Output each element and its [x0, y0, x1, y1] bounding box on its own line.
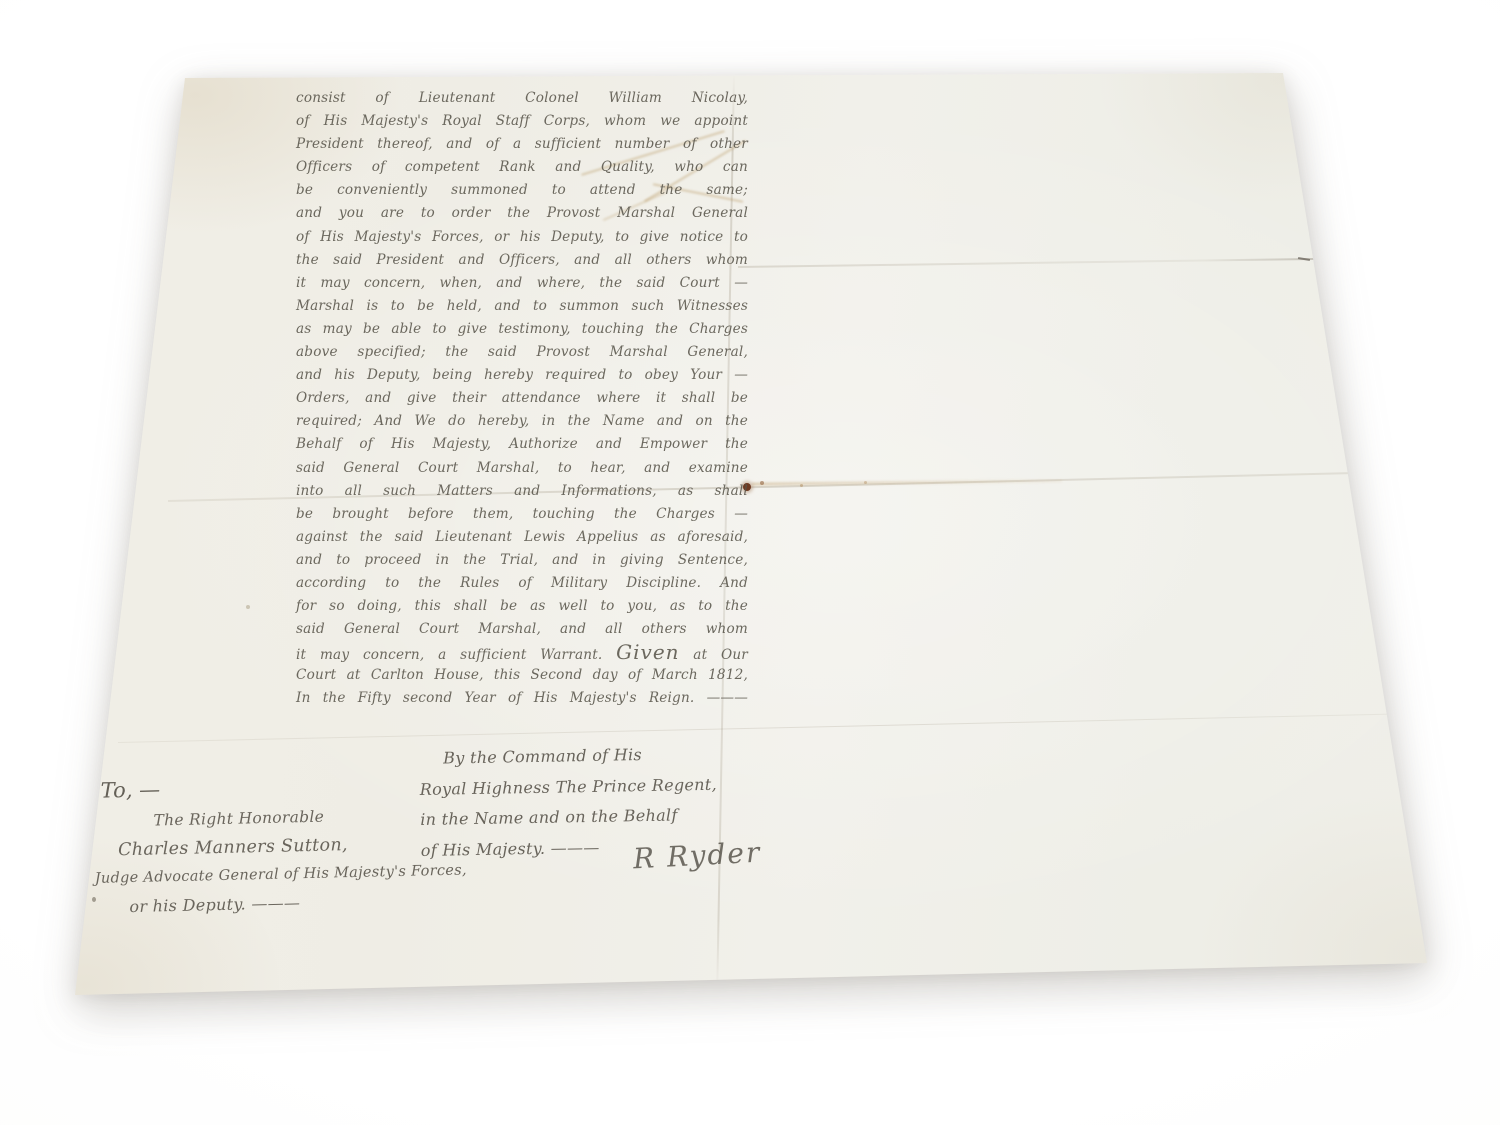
manuscript-line: President thereof, and of a sufficient n…	[296, 133, 748, 156]
foxing-spot	[864, 481, 867, 484]
manuscript-line: it may concern, a sufficient Warrant. Gi…	[296, 641, 748, 664]
manuscript-line: of His Majesty's Royal Staff Corps, whom…	[296, 110, 748, 133]
horizontal-crease-lower	[118, 713, 1414, 743]
manuscript-line: of His Majesty's Forces, or his Deputy, …	[296, 226, 748, 249]
manuscript-line: and to proceed in the Trial, and in givi…	[296, 549, 748, 572]
foxing-spot	[800, 484, 803, 487]
manuscript-line: be conveniently summoned to attend the s…	[296, 179, 748, 202]
manuscript-line: Court at Carlton House, this Second day …	[296, 664, 748, 687]
manuscript-line: be brought before them, touching the Cha…	[296, 503, 748, 526]
address-lines: The Right HonorableCharles Manners Sutto…	[91, 796, 613, 922]
photograph-background: consist of Lieutenant Colonel William Ni…	[0, 0, 1500, 1125]
manuscript-line: and his Deputy, being hereby required to…	[296, 364, 748, 387]
manuscript-sheet: consist of Lieutenant Colonel William Ni…	[0, 0, 1500, 1125]
emphasized-word: Given	[616, 640, 679, 664]
manuscript-line: said General Court Marshal, to hear, and…	[296, 457, 748, 480]
manuscript-line: Orders, and give their attendance where …	[296, 387, 748, 410]
manuscript-line: above specified; the said Provost Marsha…	[296, 341, 748, 364]
foxing-spot	[760, 481, 764, 485]
manuscript-line: as may be able to give testimony, touchi…	[296, 318, 748, 341]
manuscript-line: In the Fifty second Year of His Majesty'…	[296, 687, 748, 710]
manuscript-line: into all such Matters and Informations, …	[296, 480, 748, 503]
manuscript-line: Behalf of His Majesty, Authorize and Emp…	[296, 433, 748, 456]
foxing-spot	[246, 605, 250, 609]
manuscript-line: consist of Lieutenant Colonel William Ni…	[296, 87, 748, 110]
crease-discoloration	[752, 479, 1062, 485]
manuscript-line: Officers of competent Rank and Quality, …	[296, 156, 748, 179]
address-block: To, — The Right HonorableCharles Manners…	[90, 762, 613, 922]
manuscript-line: and you are to order the Provost Marshal…	[296, 202, 748, 225]
manuscript-line: according to the Rules of Military Disci…	[296, 572, 748, 595]
manuscript-line: against the said Lieutenant Lewis Appeli…	[296, 526, 748, 549]
horizontal-crease-upper	[738, 258, 1320, 268]
manuscript-line: Marshal is to be held, and to summon suc…	[296, 295, 748, 318]
manuscript-line: for so doing, this shall be as well to y…	[296, 595, 748, 618]
manuscript-line: the said President and Officers, and all…	[296, 249, 748, 272]
paper-shadow: consist of Lieutenant Colonel William Ni…	[0, 0, 1500, 1125]
manuscript-line: required; And We do hereby, in the Name …	[296, 410, 748, 433]
manuscript-line: it may concern, when, and where, the sai…	[296, 272, 748, 295]
signature: R Ryder	[632, 836, 762, 876]
manuscript-body: consist of Lieutenant Colonel William Ni…	[296, 87, 748, 711]
manuscript-line: said General Court Marshal, and all othe…	[296, 618, 748, 641]
